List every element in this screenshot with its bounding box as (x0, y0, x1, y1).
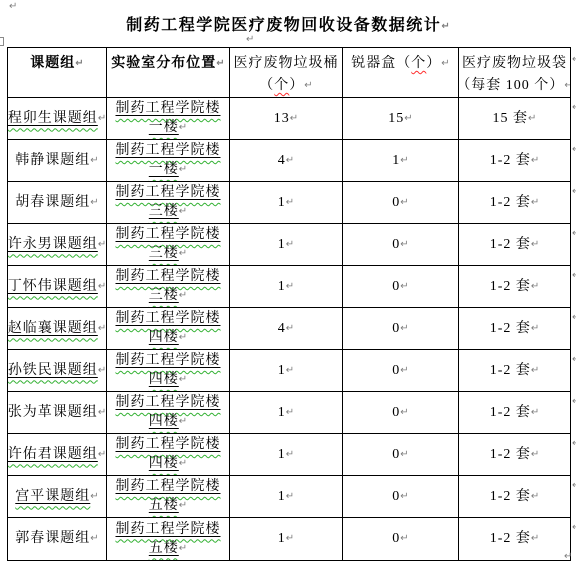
cell-line: 制药工程学院楼 (116, 225, 221, 244)
cell-end-mark-icon: ↵ (98, 361, 106, 380)
sharps-count: 15 (388, 111, 404, 126)
row-end-mark-icon: ↵ (572, 438, 576, 449)
cell-end-mark-icon: ↵ (400, 235, 408, 254)
grammar-flagged-text: 四楼 (149, 414, 179, 429)
cell-line: 一楼↵ (149, 160, 187, 180)
grammar-flagged-text: 制药工程学院楼 (116, 522, 221, 537)
cell-end-mark-icon: ↵ (90, 487, 98, 506)
cell-end-mark-icon: ↵ (179, 328, 187, 347)
bags-count: 1-2 套 (490, 237, 531, 252)
cell-end-mark-icon: ↵ (531, 235, 539, 254)
header-bags-line1: 医疗废物垃圾袋 (462, 56, 567, 71)
paragraph-mark-icon: ↵ (441, 21, 449, 32)
bins-count-cell[interactable]: 1↵ (230, 434, 343, 476)
bins-count: 4 (278, 153, 286, 168)
cell-end-mark-icon: ↵ (400, 193, 408, 212)
cell-line: 1-2 套↵ (490, 235, 540, 255)
cell-end-mark-icon: ↵ (286, 445, 294, 464)
cell-line: 四楼↵ (149, 370, 187, 390)
grammar-flagged-text: 五楼 (149, 498, 179, 513)
cell-end-mark-icon: ↵ (98, 445, 106, 464)
cell-line: 制药工程学院楼 (116, 267, 221, 286)
group-cell[interactable]: 程卯生课题组↵ (8, 98, 107, 140)
cell-line: 制药工程学院楼 (116, 477, 221, 496)
grammar-flagged-text: 制药工程学院楼 (116, 311, 221, 326)
row-end-mark-icon: ↵ (572, 186, 576, 197)
cell-line: 1↵ (278, 529, 294, 549)
sharps-count: 0 (392, 363, 400, 378)
bins-count-cell[interactable]: 1↵ (230, 224, 343, 266)
bins-count: 1 (278, 405, 286, 420)
group-cell[interactable]: 孙铁民课题组↵ (8, 350, 107, 392)
cell-line: 三楼↵ (149, 202, 187, 222)
group-name: 张为革课题组 (8, 405, 98, 420)
cell-line: 赵临襄课题组↵ (8, 319, 106, 339)
group-cell[interactable]: 郭春课题组↵ (8, 518, 107, 560)
grammar-flagged-text: 制药工程学院楼 (116, 353, 221, 368)
cell-end-mark-icon: ↵ (400, 319, 408, 338)
cell-line: 许永男课题组↵ (8, 235, 106, 255)
bags-count: 1-2 套 (490, 195, 531, 210)
grammar-flagged-text: 孙铁民课题组 (8, 363, 98, 378)
cell-end-mark-icon: ↵ (286, 319, 294, 338)
underlined-text: 制药工程学院楼 (116, 227, 221, 242)
cell-line: 0↵ (392, 361, 408, 381)
cell-line: 1-2 套↵ (490, 277, 540, 297)
group-name: 郭春课题组 (15, 531, 90, 546)
underlined-text: 四楼 (149, 414, 179, 429)
cell-end-mark-icon: ↵ (564, 75, 570, 97)
cell-line: 1↵ (392, 151, 408, 171)
underlined-text: 四楼 (149, 456, 179, 471)
sharps-count: 0 (392, 405, 400, 420)
group-cell[interactable]: 许佑君课题组↵ (8, 434, 107, 476)
sharps-count-cell[interactable]: 0↵ (343, 182, 459, 224)
cell-end-mark-icon: ↵ (179, 412, 187, 431)
bins-count-cell[interactable]: 1↵ (230, 266, 343, 308)
bags-count: 15 套 (493, 111, 529, 126)
cell-end-mark-icon: ↵ (400, 529, 408, 548)
sharps-count: 0 (392, 237, 400, 252)
sharps-count-cell[interactable]: 1↵ (343, 140, 459, 182)
cell-end-mark-icon: ↵ (98, 109, 106, 128)
location-cell[interactable]: 制药工程学院楼五楼↵ (107, 518, 230, 560)
cell-line: 1-2 套↵ (490, 193, 540, 213)
underlined-text: 制药工程学院楼 (116, 101, 221, 116)
cell-end-mark-icon: ↵ (286, 403, 294, 422)
sharps-count: 0 (392, 195, 400, 210)
cell-end-mark-icon: ↵ (404, 109, 412, 128)
cell-line: 制药工程学院楼 (116, 309, 221, 328)
bags-count: 1-2 套 (490, 531, 531, 546)
cell-line: 0↵ (392, 193, 408, 213)
bags-count: 1-2 套 (490, 153, 531, 168)
underlined-text: 制药工程学院楼 (116, 143, 221, 158)
bins-count-cell[interactable]: 4↵ (230, 140, 343, 182)
cell-line: 制药工程学院楼 (116, 183, 221, 202)
cell-line: 程卯生课题组↵ (8, 109, 106, 129)
grammar-flagged-text: 一楼 (149, 120, 179, 135)
bins-count: 1 (278, 279, 286, 294)
bins-count: 4 (278, 321, 286, 336)
cell-line: 1↵ (278, 235, 294, 255)
bags-count-cell[interactable]: 1-2 套↵ (459, 182, 570, 224)
cell-line: 0↵ (392, 529, 408, 549)
cell-end-mark-icon: ↵ (531, 487, 539, 506)
cell-end-mark-icon: ↵ (179, 160, 187, 179)
underlined-text: 制药工程学院楼 (116, 437, 221, 452)
sharps-count-cell[interactable]: 0↵ (343, 308, 459, 350)
sharps-count: 0 (392, 531, 400, 546)
header-location-label: 实验室分布位置 (111, 56, 216, 71)
header-sharps-pre: 锐器盒（ (351, 56, 411, 71)
header-bins-paren-open: （ (259, 78, 274, 93)
cell-line: 1↵ (278, 403, 294, 423)
header-sharps-post: ） (426, 56, 441, 71)
cell-line: 0↵ (392, 235, 408, 255)
cell-line: 4↵ (278, 151, 294, 171)
header-bags-line2: （每套 100 个） (459, 78, 564, 93)
cell-line: 韩静课题组↵ (15, 151, 98, 171)
location-cell[interactable]: 制药工程学院楼一楼↵ (107, 98, 230, 140)
cell-end-mark-icon: ↵ (179, 539, 187, 558)
underlined-text: 制药工程学院楼 (116, 395, 221, 410)
bins-count-cell[interactable]: 1↵ (230, 392, 343, 434)
bins-count-cell[interactable]: 1↵ (230, 476, 343, 518)
row-end-mark-icon: ↵ (572, 270, 576, 281)
sharps-count-cell[interactable]: 15↵ (343, 98, 459, 140)
bins-count-cell[interactable]: 1↵ (230, 350, 343, 392)
cell-end-mark-icon: ↵ (400, 361, 408, 380)
bags-count-cell[interactable]: 1-2 套↵ (459, 434, 570, 476)
paragraph-mark-icon: ↵ (564, 551, 572, 562)
cell-end-mark-icon: ↵ (90, 151, 98, 170)
grammar-flagged-text: 程卯生课题组 (8, 111, 98, 126)
cell-end-mark-icon: ↵ (98, 235, 106, 254)
sharps-count-cell[interactable]: 0↵ (343, 266, 459, 308)
group-cell[interactable]: 许永男课题组↵ (8, 224, 107, 266)
cell-line: 4↵ (278, 319, 294, 339)
cell-end-mark-icon: ↵ (286, 151, 294, 170)
row-end-mark-icon: ↵ (572, 102, 576, 113)
sharps-count-cell[interactable]: 0↵ (343, 518, 459, 560)
cell-line: 1↵ (278, 487, 294, 507)
underlined-text: 程卯生课题组 (8, 111, 98, 126)
bags-count: 1-2 套 (490, 321, 531, 336)
underlined-text: 一楼 (149, 162, 179, 177)
header-cell-bags[interactable]: 医疗废物垃圾袋 （每套 100 个）↵ (459, 48, 570, 98)
grammar-flagged-text: 制药工程学院楼 (116, 395, 221, 410)
cell-line: 1↵ (278, 193, 294, 213)
bins-count-cell[interactable]: 13↵ (230, 98, 343, 140)
cell-line: 胡春课题组↵ (15, 193, 98, 213)
cell-line: 一楼↵ (149, 118, 187, 138)
grammar-flagged-text: 四楼 (149, 456, 179, 471)
bins-count: 1 (278, 531, 286, 546)
cell-end-mark-icon: ↵ (400, 487, 408, 506)
row-end-mark-icon: ↵ (572, 480, 576, 491)
header-bins-paren-close: ） (289, 78, 304, 93)
cell-line: 1-2 套↵ (490, 445, 540, 465)
cell-end-mark-icon: ↵ (98, 277, 106, 296)
cell-line: 郭春课题组↵ (15, 529, 98, 549)
bags-count: 1-2 套 (490, 405, 531, 420)
cell-line: 许佑君课题组↵ (8, 445, 106, 465)
row-end-mark-icon: ↵ (572, 396, 576, 407)
grammar-flagged-text: 三楼 (149, 204, 179, 219)
row-end-mark-icon: ↵ (572, 312, 576, 323)
sharps-count: 1 (392, 153, 400, 168)
cell-end-mark-icon: ↵ (90, 529, 98, 548)
grammar-flagged-text: 制药工程学院楼 (116, 227, 221, 242)
cell-end-mark-icon: ↵ (400, 151, 408, 170)
bins-count: 1 (278, 195, 286, 210)
bags-count-cell[interactable]: 1-2 套↵ (459, 518, 570, 560)
cell-end-mark-icon: ↵ (286, 529, 294, 548)
cell-line: 四楼↵ (149, 328, 187, 348)
bags-count: 1-2 套 (490, 279, 531, 294)
cell-end-mark-icon: ↵ (400, 277, 408, 296)
grammar-flagged-text: 三楼 (149, 246, 179, 261)
cell-line: 制药工程学院楼 (116, 435, 221, 454)
location-cell[interactable]: 制药工程学院楼四楼↵ (107, 434, 230, 476)
cell-line: 1-2 套↵ (490, 487, 540, 507)
location-cell[interactable]: 制药工程学院楼四楼↵ (107, 392, 230, 434)
header-cell-bins[interactable]: 医疗废物垃圾桶 （个）↵ (230, 48, 343, 98)
location-cell[interactable]: 制药工程学院楼一楼↵ (107, 140, 230, 182)
header-bins-line1: 医疗废物垃圾桶 (234, 56, 339, 71)
cell-line: 制药工程学院楼 (116, 351, 221, 370)
bags-count-cell[interactable]: 1-2 套↵ (459, 392, 570, 434)
cell-line: 0↵ (392, 487, 408, 507)
page-title: 制药工程学院医疗废物回收设备数据统计↵ (0, 12, 576, 35)
cell-end-mark-icon: ↵ (98, 403, 106, 422)
bins-count: 1 (278, 237, 286, 252)
underlined-text: 制药工程学院楼 (116, 269, 221, 284)
cell-end-mark-icon: ↵ (286, 277, 294, 296)
sharps-count: 0 (392, 279, 400, 294)
cell-line: 制药工程学院楼 (116, 393, 221, 412)
sharps-count: 0 (392, 321, 400, 336)
cell-line: 0↵ (392, 277, 408, 297)
cell-line: 丁怀伟课题组↵ (8, 277, 106, 297)
cell-line: 1-2 套↵ (490, 403, 540, 423)
cell-line: 宫平课题组↵ (15, 487, 98, 507)
cell-end-mark-icon: ↵ (179, 244, 187, 263)
underlined-text: 许佑君课题组 (8, 447, 98, 462)
cell-end-mark-icon: ↵ (179, 286, 187, 305)
cell-end-mark-icon: ↵ (216, 53, 224, 75)
location-cell[interactable]: 制药工程学院楼三楼↵ (107, 224, 230, 266)
cell-line: 13↵ (274, 109, 298, 129)
grammar-flagged-text: 丁怀伟课题组 (8, 279, 98, 294)
paragraph-mark-icon: ↵ (246, 34, 254, 45)
cell-end-mark-icon: ↵ (400, 445, 408, 464)
cell-end-mark-icon: ↵ (75, 53, 83, 75)
grammar-flagged-text: 一楼 (149, 162, 179, 177)
cell-line: 1↵ (278, 277, 294, 297)
row-end-mark-icon: ↵ (572, 354, 576, 365)
cell-end-mark-icon: ↵ (286, 193, 294, 212)
row-end-mark-icon: ↵ (572, 144, 576, 155)
row-end-mark-icon: ↵ (572, 54, 576, 65)
underlined-text: 宫平课题组 (15, 489, 90, 504)
bins-count: 1 (278, 447, 286, 462)
group-cell[interactable]: 赵临襄课题组↵ (8, 308, 107, 350)
grammar-flagged-text: 赵临襄课题组 (8, 321, 98, 336)
underlined-text: 孙铁民课题组 (8, 363, 98, 378)
grammar-flagged-text: 四楼 (149, 330, 179, 345)
group-cell[interactable]: 丁怀伟课题组↵ (8, 266, 107, 308)
underlined-text: 五楼 (149, 541, 179, 556)
group-cell[interactable]: 张为革课题组↵ (8, 392, 107, 434)
cell-end-mark-icon: ↵ (179, 454, 187, 473)
cell-end-mark-icon: ↵ (531, 319, 539, 338)
sharps-count-cell[interactable]: 0↵ (343, 434, 459, 476)
cell-line: 制药工程学院楼 (116, 520, 221, 539)
group-name: 胡春课题组 (15, 195, 90, 210)
cell-line: 1↵ (278, 361, 294, 381)
location-cell[interactable]: 制药工程学院楼三楼↵ (107, 182, 230, 224)
sharps-count-cell[interactable]: 0↵ (343, 476, 459, 518)
bags-count-cell[interactable]: 1-2 套↵ (459, 140, 570, 182)
bins-count-cell[interactable]: 1↵ (230, 518, 343, 560)
cell-line: 三楼↵ (149, 244, 187, 264)
bags-count-cell[interactable]: 1-2 套↵ (459, 308, 570, 350)
underlined-text: 一楼 (149, 120, 179, 135)
cell-end-mark-icon: ↵ (286, 487, 294, 506)
sharps-count: 0 (392, 447, 400, 462)
location-cell[interactable]: 制药工程学院楼四楼↵ (107, 350, 230, 392)
row-end-mark-icon: ↵ (572, 522, 576, 533)
sharps-count-cell[interactable]: 0↵ (343, 350, 459, 392)
cell-end-mark-icon: ↵ (400, 403, 408, 422)
header-sharps-unit: 个 (411, 56, 426, 71)
grammar-flagged-text: 制药工程学院楼 (116, 269, 221, 284)
cell-end-mark-icon: ↵ (286, 235, 294, 254)
underlined-text: 三楼 (149, 204, 179, 219)
bins-count-cell[interactable]: 1↵ (230, 182, 343, 224)
location-cell[interactable]: 制药工程学院楼三楼↵ (107, 266, 230, 308)
underlined-text: 四楼 (149, 330, 179, 345)
bins-count: 1 (278, 363, 286, 378)
bags-count-cell[interactable]: 1-2 套↵ (459, 266, 570, 308)
grammar-flagged-text: 宫平课题组 (15, 489, 90, 504)
cell-line: 1-2 套↵ (490, 361, 540, 381)
row-end-mark-icon: ↵ (572, 228, 576, 239)
cell-line: 三楼↵ (149, 286, 187, 306)
document-page: ↵ 制药工程学院医疗废物回收设备数据统计↵ ↵ 课题组↵ 实验室分布位置↵ 医疗… (0, 0, 576, 564)
cell-end-mark-icon: ↵ (531, 277, 539, 296)
equipment-table: 课题组↵ 实验室分布位置↵ 医疗废物垃圾桶 （个）↵ 锐器盒（个）↵ 医疗废物垃… (7, 47, 571, 561)
bags-count-cell[interactable]: 15 套↵ (459, 98, 570, 140)
paragraph-mark-icon: ↵ (9, 1, 17, 12)
cell-end-mark-icon: ↵ (179, 118, 187, 137)
bags-count-cell[interactable]: 1-2 套↵ (459, 224, 570, 266)
cell-end-mark-icon: ↵ (179, 370, 187, 389)
group-cell[interactable]: 宫平课题组↵ (8, 476, 107, 518)
sharps-count-cell[interactable]: 0↵ (343, 224, 459, 266)
cell-line: 五楼↵ (149, 539, 187, 559)
location-cell[interactable]: 制药工程学院楼四楼↵ (107, 308, 230, 350)
grammar-flagged-text: 制药工程学院楼 (116, 101, 221, 116)
underlined-text: 制药工程学院楼 (116, 185, 221, 200)
cell-end-mark-icon: ↵ (179, 496, 187, 515)
grammar-flagged-text: 三楼 (149, 288, 179, 303)
cell-line: 孙铁民课题组↵ (8, 361, 106, 381)
header-cell-group[interactable]: 课题组↵ (8, 48, 107, 98)
cell-line: 1-2 套↵ (490, 151, 540, 171)
bags-count: 1-2 套 (490, 363, 531, 378)
cell-line: 15↵ (388, 109, 412, 129)
bags-count-cell[interactable]: 1-2 套↵ (459, 476, 570, 518)
grammar-flagged-text: 五楼 (149, 541, 179, 556)
cell-end-mark-icon: ↵ (441, 53, 449, 75)
cell-line: 张为革课题组↵ (8, 403, 106, 423)
underlined-text: 丁怀伟课题组 (8, 279, 98, 294)
group-cell[interactable]: 韩静课题组↵ (8, 140, 107, 182)
header-cell-sharps[interactable]: 锐器盒（个）↵ (343, 48, 459, 98)
cell-line: 15 套↵ (493, 109, 537, 129)
header-cell-location[interactable]: 实验室分布位置↵ (107, 48, 230, 98)
location-cell[interactable]: 制药工程学院楼五楼↵ (107, 476, 230, 518)
underlined-text: 赵临襄课题组 (8, 321, 98, 336)
cell-line: 0↵ (392, 445, 408, 465)
header-bins-unit: 个 (274, 78, 289, 93)
bags-count-cell[interactable]: 1-2 套↵ (459, 350, 570, 392)
cell-end-mark-icon: ↵ (531, 529, 539, 548)
cell-end-mark-icon: ↵ (531, 445, 539, 464)
cell-line: 1-2 套↵ (490, 529, 540, 549)
bins-count-cell[interactable]: 4↵ (230, 308, 343, 350)
group-name: 韩静课题组 (15, 153, 90, 168)
group-cell[interactable]: 胡春课题组↵ (8, 182, 107, 224)
cell-end-mark-icon: ↵ (90, 193, 98, 212)
cell-end-mark-icon: ↵ (528, 109, 536, 128)
cell-end-mark-icon: ↵ (179, 202, 187, 221)
cell-line: 制药工程学院楼 (116, 99, 221, 118)
cell-end-mark-icon: ↵ (286, 361, 294, 380)
cell-line: 0↵ (392, 403, 408, 423)
cell-end-mark-icon: ↵ (531, 151, 539, 170)
grammar-flagged-text: 许佑君课题组 (8, 447, 98, 462)
underlined-text: 制药工程学院楼 (116, 479, 221, 494)
cell-line: 1↵ (278, 445, 294, 465)
header-group-label: 课题组 (30, 56, 75, 71)
sharps-count: 0 (392, 489, 400, 504)
cell-line: 五楼↵ (149, 496, 187, 516)
cell-line: 1-2 套↵ (490, 319, 540, 339)
cell-end-mark-icon: ↵ (304, 75, 312, 97)
cell-line: 0↵ (392, 319, 408, 339)
bins-count: 13 (274, 111, 290, 126)
grammar-flagged-text: 制药工程学院楼 (116, 479, 221, 494)
page-title-text: 制药工程学院医疗废物回收设备数据统计 (126, 17, 441, 34)
grammar-flagged-text: 制药工程学院楼 (116, 143, 221, 158)
sharps-count-cell[interactable]: 0↵ (343, 392, 459, 434)
underlined-text: 三楼 (149, 288, 179, 303)
cell-end-mark-icon: ↵ (98, 319, 106, 338)
underlined-text: 制药工程学院楼 (116, 311, 221, 326)
cell-end-mark-icon: ↵ (531, 403, 539, 422)
underlined-text: 制药工程学院楼 (116, 353, 221, 368)
bags-count: 1-2 套 (490, 447, 531, 462)
cell-end-mark-icon: ↵ (531, 193, 539, 212)
bins-count: 1 (278, 489, 286, 504)
grammar-flagged-text: 制药工程学院楼 (116, 437, 221, 452)
underlined-text: 制药工程学院楼 (116, 522, 221, 537)
table-handle-icon[interactable] (0, 37, 4, 46)
